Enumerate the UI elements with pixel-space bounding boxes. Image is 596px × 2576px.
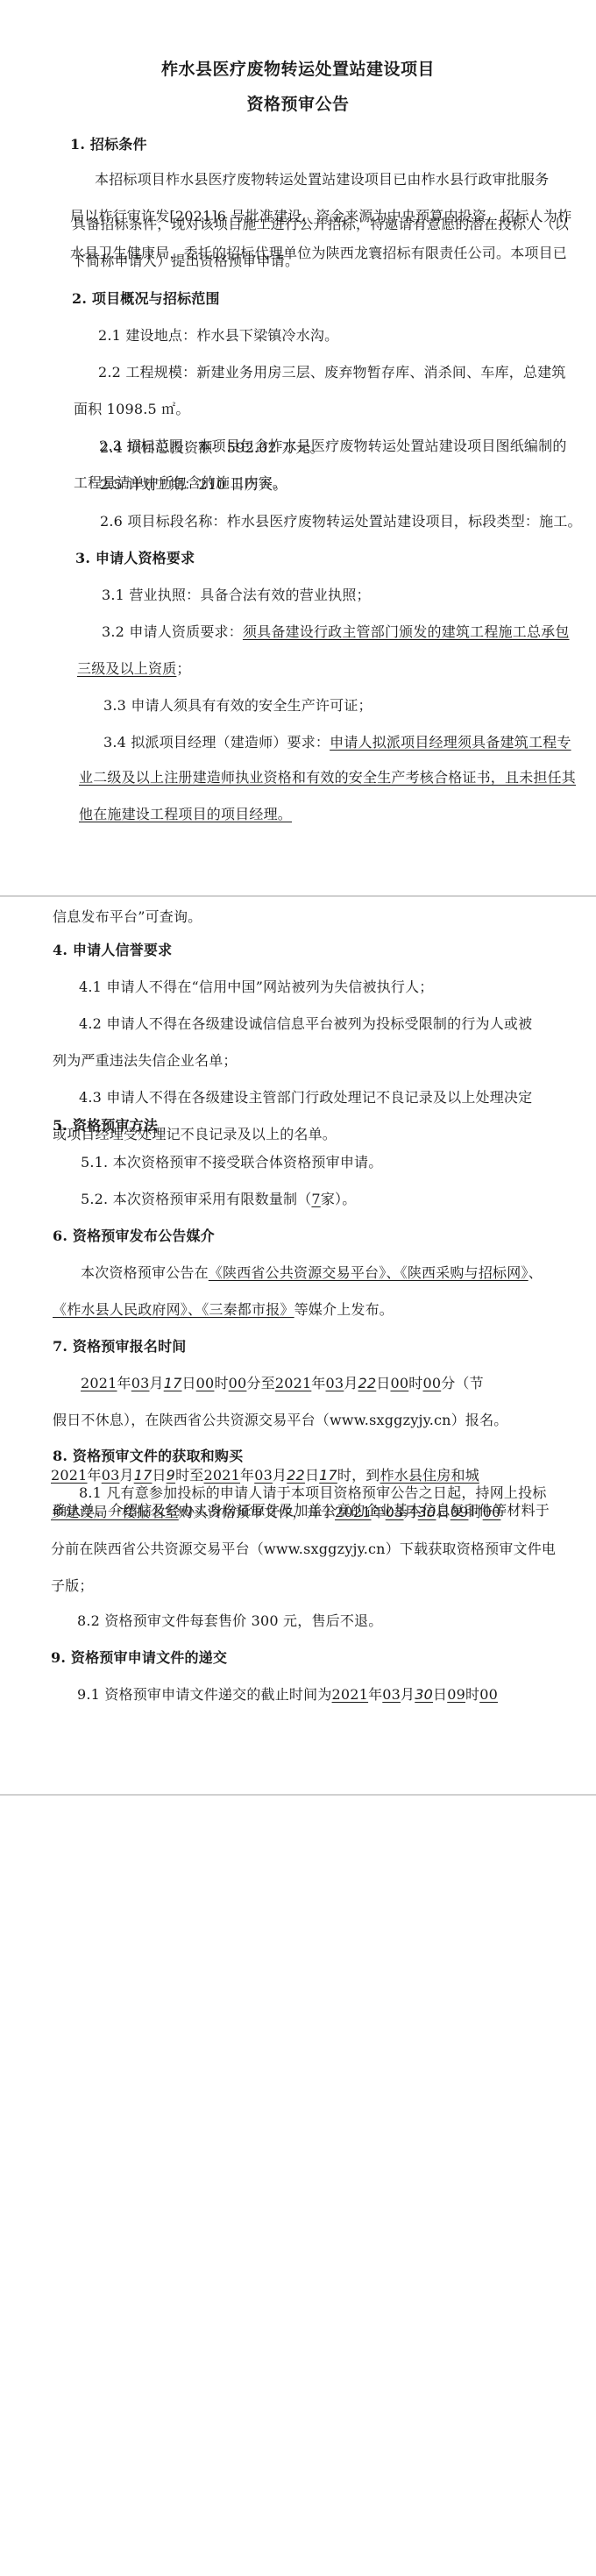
purchase-location-line: 乡建设局一楼报名室购买资格预审文件，并于2021年03月30日09时00 (51, 1503, 500, 1522)
section-2-item: 2.6 项目标段名称：柞水县医疗废物转运处置站建设项目，标段类型：施工。 (100, 512, 582, 531)
media-intro: 本次资格预审公告在 (81, 1264, 209, 1281)
section-2-item: 2.4 项目总投资额：592.02 万元。 (100, 438, 324, 458)
manager-requirement: 他在施建设工程项目的项目经理。 (79, 805, 292, 824)
unit: 月 (150, 1375, 164, 1391)
section-3-item: 3.4 拟派项目经理（建造师）要求：申请人拟派项目经理须具备建筑工程专 (103, 733, 571, 752)
section-8-heading: 8. 资格预审文件的获取和购买 (53, 1447, 243, 1466)
page-1: 柞水县医疗废物转运处置站建设项目 资格预审公告 1. 招标条件 本招标项目柞水县… (0, 0, 596, 896)
start-month: 03 (131, 1375, 150, 1391)
unit: 月 (120, 1467, 134, 1484)
unit: 年 (240, 1467, 254, 1484)
registration-note: 假日不休息），在陕西省公共资源交易平台（www.sxggzyjy.cn）报名。 (53, 1411, 508, 1430)
buy-start-year: 2021 (51, 1467, 88, 1484)
buy-start-hour: 9 (167, 1467, 175, 1484)
document-subtitle: 资格预审公告 (0, 93, 596, 116)
unit: 日 (376, 1375, 390, 1391)
section-4-item: 4.1 申请人不得在“信用中国”网站被列为失信被执行人； (79, 978, 434, 997)
section-2-item: 2.1 建设地点：柞水县下梁镇冷水沟。 (98, 326, 338, 345)
punctuation: ； (176, 660, 190, 677)
section-6-heading: 6. 资格预审发布公告媒介 (53, 1227, 215, 1246)
end-day: 22 (358, 1375, 377, 1391)
unit: 日 (181, 1375, 195, 1391)
registration-period: 2021年03月17日00时00分至2021年03月22日00时00分（节 (81, 1374, 484, 1393)
section-2-item: 2.5 计划工期：210 日历天。 (100, 475, 287, 495)
unit: 年 (88, 1467, 102, 1484)
section-4-item: 4.3 申请人不得在各级建设主管部门行政处理记不良记录及以上处理决定 (79, 1088, 532, 1107)
section-8-item: 8.2 资格预审文件每套售价 300 元，售后不退。 (77, 1612, 382, 1631)
start-year: 2021 (81, 1375, 117, 1391)
media-list: 《柞水县人民政府网》、《三秦都市报》 (53, 1301, 294, 1318)
deadline-month: 03 (382, 1686, 401, 1703)
unit: 年 (311, 1375, 325, 1391)
deadline-hour: 09 (447, 1686, 465, 1703)
media-list: 《陕西省公共资源交易平台》、《陕西采购与招标网》 (209, 1264, 529, 1281)
section-1-heading: 1. 招标条件 (70, 135, 147, 154)
section-2-item: 2.2 工程规模：新建业务用房三层、废弃物暂存库、消杀间、车库，总建筑 (98, 363, 566, 382)
section-5-item: 5.1. 本次资格预审不接受联合体资格预审申请。 (81, 1153, 382, 1172)
end-month: 03 (326, 1375, 344, 1391)
buy-end-day: 22 (287, 1467, 305, 1484)
start-hour: 00 (196, 1375, 215, 1391)
section-3-item: 3.1 营业执照：具备合法有效的营业执照； (102, 586, 371, 605)
purchase-location: 柞水县住房和城 (380, 1467, 479, 1484)
unit: 日 (436, 1504, 450, 1520)
section-7-heading: 7. 资格预审报名时间 (53, 1337, 186, 1356)
section-3-heading: 3. 申请人资格要求 (75, 549, 195, 568)
unit: 月 (404, 1504, 418, 1520)
manager-requirement: 申请人拟派项目经理须具备建筑工程专 (330, 734, 571, 751)
page-3 (0, 1796, 596, 2576)
unit: 时 (468, 1504, 482, 1520)
media-outro: 等媒介上发布。 (294, 1301, 394, 1318)
purchase-period: 2021年03月17日9时至2021年03月22日17时，到柞水县住房和城 (51, 1466, 479, 1485)
unit: 分 (246, 1375, 260, 1391)
manager-label: 3.4 拟派项目经理（建造师）要求： (103, 734, 330, 751)
buy-end-hour: 17 (319, 1467, 337, 1484)
limit-unit: 家）。 (321, 1191, 357, 1207)
document-title: 柞水县医疗废物转运处置站建设项目 (0, 58, 596, 81)
download-year: 2021 (335, 1504, 372, 1520)
section-5-heading: 5. 资格预审方法 (53, 1116, 158, 1135)
section-3-item: 3.2 申请人资质要求：须具备建设行政主管部门颁发的建筑工程施工总承包 (102, 623, 570, 642)
end-hour: 00 (390, 1375, 408, 1391)
unit: 分（节 (441, 1375, 484, 1391)
deadline-label: 9.1 资格预审申请文件递交的截止时间为 (77, 1686, 332, 1703)
end-minute: 00 (422, 1375, 441, 1391)
section-1-text: 具备招标条件，现对该项目施工进行公开招标，特邀请有意愿的潜在投标人（以 (72, 215, 569, 234)
buy-start-month: 03 (102, 1467, 120, 1484)
unit: 时 (214, 1375, 228, 1391)
download-minute: 00 (483, 1504, 501, 1520)
section-4-item: 列为严重违法失信企业名单； (53, 1051, 238, 1071)
section-2-heading: 2. 项目概况与招标范围 (72, 289, 220, 309)
unit: 至 (189, 1467, 203, 1484)
limit-count: 7 (311, 1191, 320, 1207)
unit: 时 (175, 1467, 189, 1484)
section-1-text: 本招标项目柞水县医疗废物转运处置站建设项目已由柞水县行政审批服务 (95, 170, 549, 189)
purchase-location: 乡建设局一楼报名室 (51, 1504, 179, 1520)
unit: 月 (401, 1686, 415, 1703)
download-hour: 09 (451, 1504, 469, 1520)
qualification-requirement: 须具备建设行政主管部门颁发的建筑工程施工总承包 (243, 623, 570, 640)
qualification-requirement: 三级及以上资质 (77, 660, 176, 677)
section-8-text: 分前在陕西省公共资源交易平台（www.sxggzyjy.cn）下载获取资格预审文… (51, 1540, 556, 1559)
submission-deadline: 9.1 资格预审申请文件递交的截止时间为2021年03月30日09时00 (77, 1685, 498, 1704)
section-3-item: 信息发布平台”可查询。 (53, 907, 202, 927)
section-4-item: 4.2 申请人不得在各级建设诚信信息平台被列为投标受限制的行为人或被 (79, 1014, 532, 1034)
section-1-text: 下简称申请人）提出资格预审申请。 (72, 252, 299, 271)
unit: 年 (368, 1686, 382, 1703)
unit: 月 (273, 1467, 287, 1484)
qualification-label: 3.2 申请人资质要求： (102, 623, 243, 640)
section-8-text: 子版； (51, 1576, 94, 1596)
buy-end-year: 2021 (203, 1467, 240, 1484)
section-8-text: 8.1 凡有意参加投标的申请人请于本项目资格预审公告之日起，持网上投标 (79, 1484, 547, 1503)
unit: 时 (408, 1375, 422, 1391)
deadline-day: 30 (415, 1686, 433, 1703)
unit: 日 (433, 1686, 447, 1703)
section-3-item: 3.3 申请人须具有有效的安全生产许可证； (103, 696, 372, 715)
section-9-heading: 9. 资格预审申请文件的递交 (51, 1648, 227, 1668)
unit: 时 (337, 1467, 351, 1484)
buy-start-day: 17 (134, 1467, 153, 1484)
section-6-text: 《柞水县人民政府网》、《三秦都市报》等媒介上发布。 (53, 1300, 394, 1320)
download-month: 03 (386, 1504, 404, 1520)
download-day: 30 (418, 1504, 436, 1520)
purchase-text: 购买资格预审文件，并于 (179, 1504, 335, 1520)
section-3-item: 三级及以上资质； (77, 659, 191, 679)
unit: 时 (465, 1686, 479, 1703)
section-5-item: 5.2. 本次资格预审采用有限数量制（7家）。 (81, 1190, 356, 1209)
unit: 日 (305, 1467, 319, 1484)
unit: 日 (152, 1467, 166, 1484)
unit: ，到 (351, 1467, 380, 1484)
manager-requirement: 业二级及以上注册建造师执业资格和有效的安全生产考核合格证书，且未担任其 (79, 768, 576, 787)
start-day: 17 (164, 1375, 182, 1391)
unit: 年 (117, 1375, 131, 1391)
punctuation: 、 (529, 1264, 543, 1281)
section-4-heading: 4. 申请人信誉要求 (53, 941, 172, 960)
end-year: 2021 (275, 1375, 312, 1391)
section-6-text: 本次资格预审公告在《陕西省公共资源交易平台》、《陕西采购与招标网》、 (81, 1263, 543, 1283)
start-minute: 00 (229, 1375, 247, 1391)
deadline-minute: 00 (479, 1686, 498, 1703)
unit: 至 (261, 1375, 275, 1391)
deadline-year: 2021 (332, 1686, 369, 1703)
unit: 月 (344, 1375, 358, 1391)
unit: 年 (372, 1504, 386, 1520)
limit-label: 5.2. 本次资格预审采用有限数量制（ (81, 1191, 311, 1207)
section-2-item: 面积 1098.5 ㎡。 (74, 400, 190, 419)
buy-end-month: 03 (254, 1467, 273, 1484)
